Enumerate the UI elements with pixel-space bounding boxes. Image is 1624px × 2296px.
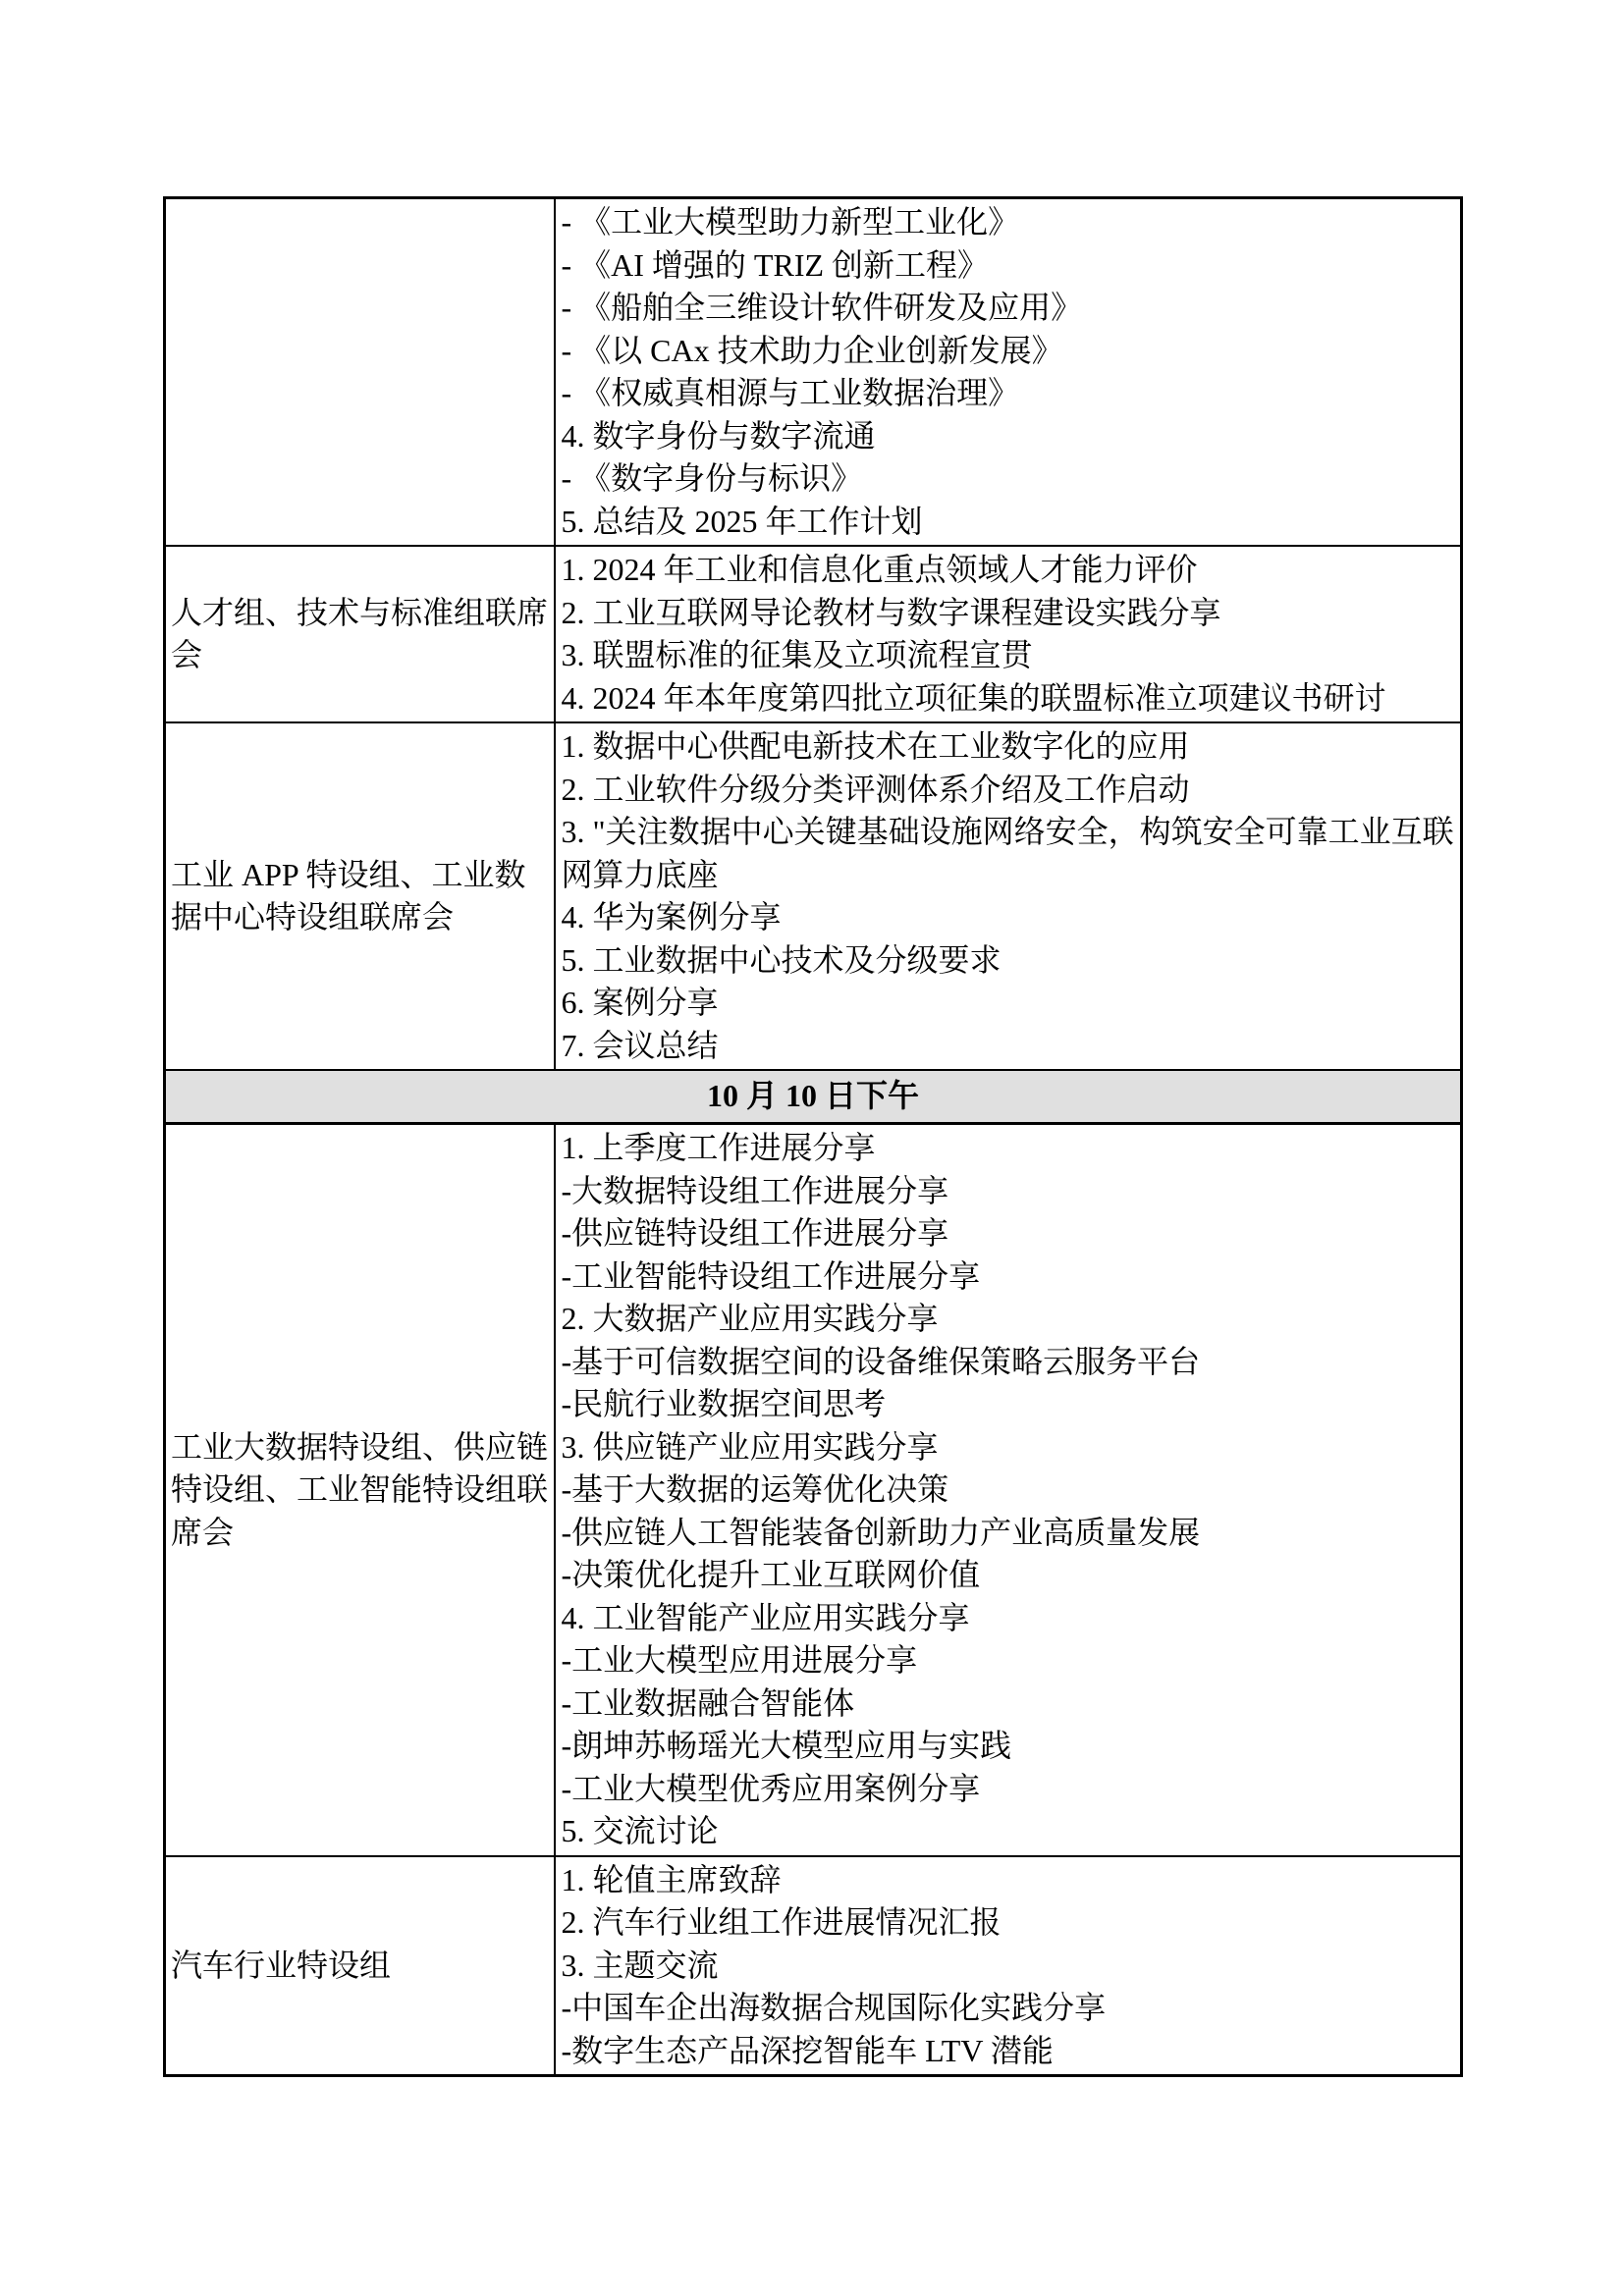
agenda-item-line: 5. 工业数据中心技术及分级要求 bbox=[562, 939, 1455, 983]
agenda-item-line: 5. 交流讨论 bbox=[562, 1810, 1455, 1853]
date-header-row: 10 月 10 日下午 bbox=[165, 1070, 1462, 1124]
agenda-table-body: - 《工业大模型助力新型工业化》- 《AI 增强的 TRIZ 创新工程》- 《船… bbox=[165, 198, 1462, 2076]
session-row: 工业大数据特设组、供应链特设组、工业智能特设组联席会1. 上季度工作进展分享-大… bbox=[165, 1124, 1462, 1856]
agenda-item-line: -供应链人工智能装备创新助力产业高质量发展 bbox=[562, 1512, 1455, 1555]
agenda-item-line: 4. 数字身份与数字流通 bbox=[562, 415, 1455, 458]
agenda-item-line: 2. 工业互联网导论教材与数字课程建设实践分享 bbox=[562, 592, 1455, 635]
agenda-item-line: - 《权威真相源与工业数据治理》 bbox=[562, 372, 1455, 415]
session-group-cell: 汽车行业特设组 bbox=[165, 1856, 555, 2076]
agenda-item-line: -工业大模型应用进展分享 bbox=[562, 1639, 1455, 1682]
session-items-cell: 1. 2024 年工业和信息化重点领域人才能力评价2. 工业互联网导论教材与数字… bbox=[555, 546, 1462, 722]
agenda-item-line: 3. 联盟标准的征集及立项流程宣贯 bbox=[562, 634, 1455, 677]
session-row: - 《工业大模型助力新型工业化》- 《AI 增强的 TRIZ 创新工程》- 《船… bbox=[165, 198, 1462, 547]
agenda-item-line: -基于可信数据空间的设备维保策略云服务平台 bbox=[562, 1341, 1455, 1384]
agenda-item-line: 3. 供应链产业应用实践分享 bbox=[562, 1426, 1455, 1469]
agenda-item-line: -工业智能特设组工作进展分享 bbox=[562, 1255, 1455, 1299]
agenda-item-line: 5. 总结及 2025 年工作计划 bbox=[562, 501, 1455, 544]
agenda-item-line: - 《数字身份与标识》 bbox=[562, 457, 1455, 501]
agenda-item-line: - 《工业大模型助力新型工业化》 bbox=[562, 201, 1455, 244]
agenda-item-line: 7. 会议总结 bbox=[562, 1025, 1455, 1068]
date-header-label: 10 月 10 日下午 bbox=[165, 1070, 1462, 1124]
agenda-item-line: -供应链特设组工作进展分享 bbox=[562, 1212, 1455, 1255]
session-row: 工业 APP 特设组、工业数据中心特设组联席会1. 数据中心供配电新技术在工业数… bbox=[165, 722, 1462, 1070]
agenda-item-line: - 《AI 增强的 TRIZ 创新工程》 bbox=[562, 244, 1455, 288]
agenda-item-line: 3. "关注数据中心关键基础设施网络安全，构筑安全可靠工业互联网算力底座 bbox=[562, 811, 1455, 896]
session-items-cell: - 《工业大模型助力新型工业化》- 《AI 增强的 TRIZ 创新工程》- 《船… bbox=[555, 198, 1462, 547]
agenda-item-line: 4. 2024 年本年度第四批立项征集的联盟标准立项建议书研讨 bbox=[562, 677, 1455, 721]
agenda-item-line: -朗坤苏畅瑶光大模型应用与实践 bbox=[562, 1725, 1455, 1768]
session-row: 人才组、技术与标准组联席会1. 2024 年工业和信息化重点领域人才能力评价2.… bbox=[165, 546, 1462, 722]
agenda-item-line: -民航行业数据空间思考 bbox=[562, 1383, 1455, 1426]
agenda-item-line: -工业大模型优秀应用案例分享 bbox=[562, 1768, 1455, 1811]
agenda-item-line: -中国车企出海数据合规国际化实践分享 bbox=[562, 1987, 1455, 2030]
agenda-item-line: -决策优化提升工业互联网价值 bbox=[562, 1554, 1455, 1597]
agenda-item-line: 2. 汽车行业组工作进展情况汇报 bbox=[562, 1901, 1455, 1945]
agenda-item-line: 1. 2024 年工业和信息化重点领域人才能力评价 bbox=[562, 549, 1455, 592]
session-group-cell bbox=[165, 198, 555, 547]
agenda-item-line: -数字生态产品深挖智能车 LTV 潜能 bbox=[562, 2030, 1455, 2073]
agenda-item-line: -工业数据融合智能体 bbox=[562, 1682, 1455, 1726]
session-row: 汽车行业特设组1. 轮值主席致辞2. 汽车行业组工作进展情况汇报3. 主题交流-… bbox=[165, 1856, 1462, 2076]
agenda-item-line: 2. 工业软件分级分类评测体系介绍及工作启动 bbox=[562, 769, 1455, 812]
agenda-item-line: 4. 工业智能产业应用实践分享 bbox=[562, 1597, 1455, 1640]
session-items-cell: 1. 上季度工作进展分享-大数据特设组工作进展分享-供应链特设组工作进展分享-工… bbox=[555, 1124, 1462, 1856]
session-group-cell: 人才组、技术与标准组联席会 bbox=[165, 546, 555, 722]
session-group-cell: 工业大数据特设组、供应链特设组、工业智能特设组联席会 bbox=[165, 1124, 555, 1856]
agenda-item-line: 1. 轮值主席致辞 bbox=[562, 1859, 1455, 1902]
agenda-item-line: - 《以 CAx 技术助力企业创新发展》 bbox=[562, 330, 1455, 373]
agenda-table: - 《工业大模型助力新型工业化》- 《AI 增强的 TRIZ 创新工程》- 《船… bbox=[163, 196, 1463, 2077]
agenda-item-line: -大数据特设组工作进展分享 bbox=[562, 1170, 1455, 1213]
session-items-cell: 1. 数据中心供配电新技术在工业数字化的应用2. 工业软件分级分类评测体系介绍及… bbox=[555, 722, 1462, 1070]
agenda-item-line: 1. 数据中心供配电新技术在工业数字化的应用 bbox=[562, 725, 1455, 769]
session-group-cell: 工业 APP 特设组、工业数据中心特设组联席会 bbox=[165, 722, 555, 1070]
agenda-item-line: 6. 案例分享 bbox=[562, 982, 1455, 1025]
agenda-item-line: 2. 大数据产业应用实践分享 bbox=[562, 1298, 1455, 1341]
agenda-item-line: - 《船舶全三维设计软件研发及应用》 bbox=[562, 287, 1455, 330]
agenda-item-line: 1. 上季度工作进展分享 bbox=[562, 1127, 1455, 1170]
agenda-item-line: 4. 华为案例分享 bbox=[562, 896, 1455, 939]
agenda-item-line: -基于大数据的运筹优化决策 bbox=[562, 1468, 1455, 1512]
session-items-cell: 1. 轮值主席致辞2. 汽车行业组工作进展情况汇报3. 主题交流-中国车企出海数… bbox=[555, 1856, 1462, 2076]
agenda-item-line: 3. 主题交流 bbox=[562, 1945, 1455, 1988]
document-page: - 《工业大模型助力新型工业化》- 《AI 增强的 TRIZ 创新工程》- 《船… bbox=[0, 0, 1624, 2296]
